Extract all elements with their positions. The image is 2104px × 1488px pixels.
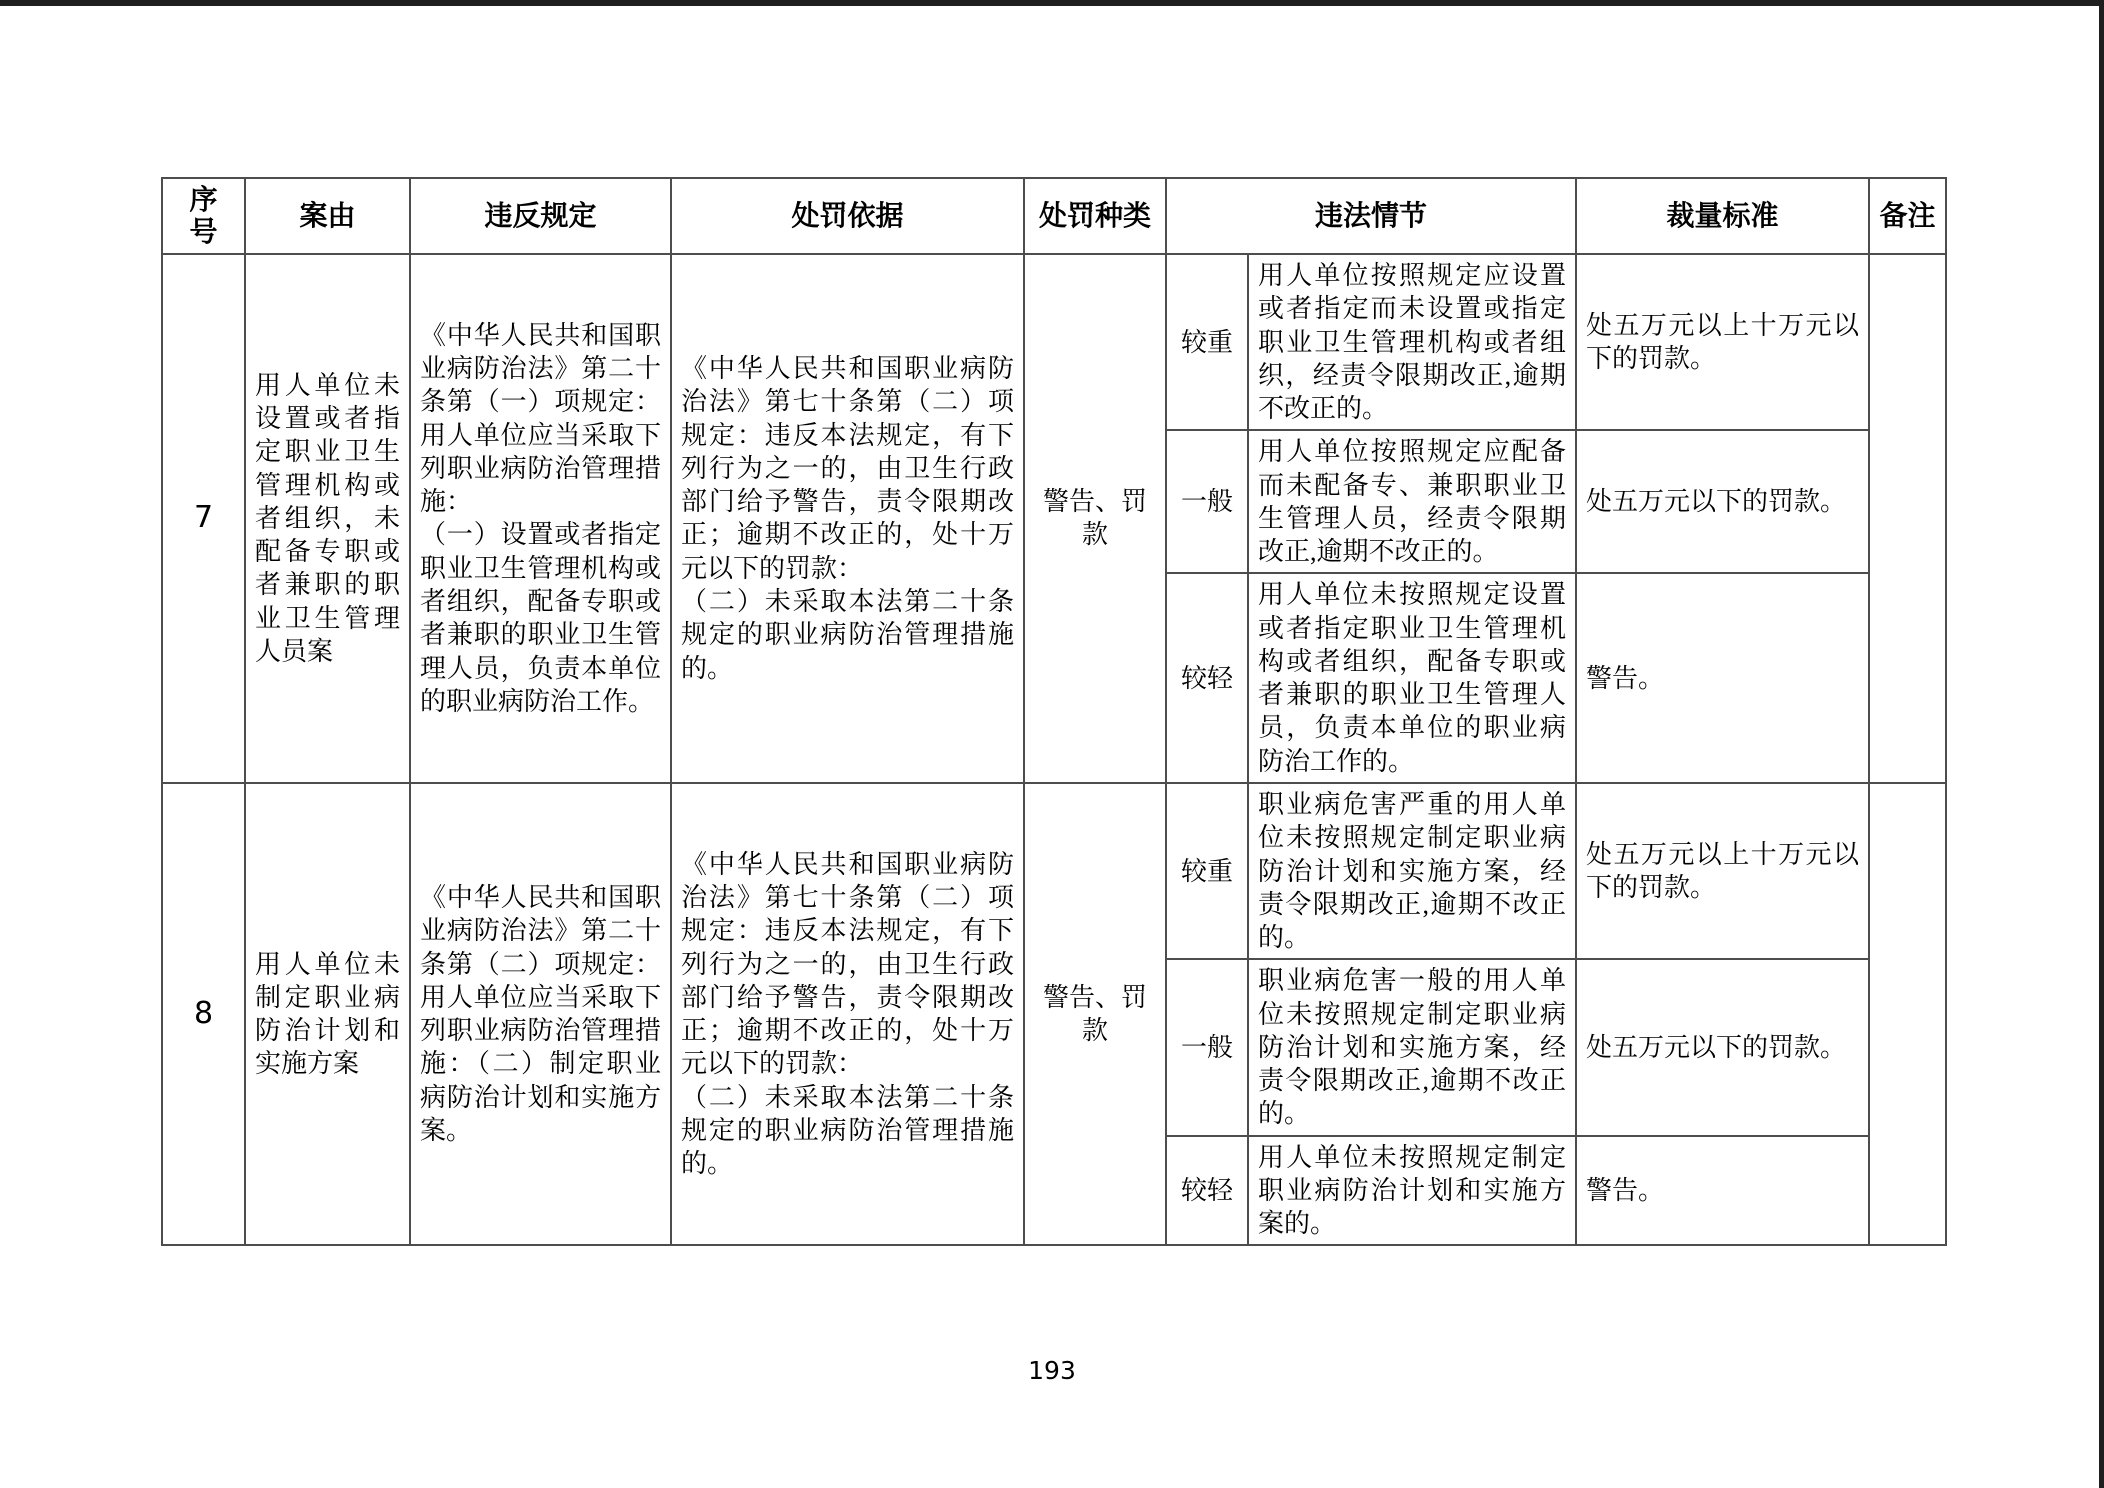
violation-circumstance: 用人单位未按照规定制定职业病防治计划和实施方案的。 — [1248, 1136, 1576, 1246]
penalty-type: 警告、罚款 — [1024, 783, 1166, 1245]
remarks-cell — [1869, 783, 1946, 1245]
discretion-standard: 处五万元以下的罚款。 — [1576, 430, 1869, 573]
violated-provision: 《中华人民共和国职业病防治法》第二十条第（一）项规定：用人单位应当采取下列职业病… — [410, 254, 671, 783]
violation-circumstance: 职业病危害严重的用人单位未按照规定制定职业病防治计划和实施方案，经责令限期改正,… — [1248, 783, 1576, 959]
penalty-basis: 《中华人民共和国职业病防治法》第七十条第（二）项规定：违反本法规定，有下列行为之… — [671, 783, 1024, 1245]
discretion-standard: 警告。 — [1576, 1136, 1869, 1246]
table-row: 7 用人单位未设置或者指定职业卫生管理机构或者组织，未配备专职或者兼职的职业卫生… — [162, 254, 1946, 430]
table-header-row: 序号 案由 违反规定 处罚依据 处罚种类 违法情节 裁量标准 备注 — [162, 178, 1946, 254]
col-header-violation-circumstance: 违法情节 — [1166, 178, 1576, 254]
severity-level: 一般 — [1166, 959, 1248, 1135]
discretion-standard: 警告。 — [1576, 573, 1869, 783]
col-header-penalty-basis: 处罚依据 — [671, 178, 1024, 254]
col-header-discretion-standard: 裁量标准 — [1576, 178, 1869, 254]
severity-level: 较轻 — [1166, 1136, 1248, 1246]
violation-circumstance: 用人单位按照规定应设置或者指定而未设置或指定职业卫生管理机构或者组织，经责令限期… — [1248, 254, 1576, 430]
penalty-basis: 《中华人民共和国职业病防治法》第七十条第（二）项规定：违反本法规定，有下列行为之… — [671, 254, 1024, 783]
col-header-serial-number: 序号 — [162, 178, 245, 254]
page-number: 193 — [0, 1356, 2104, 1385]
severity-level: 一般 — [1166, 430, 1248, 573]
case-cause: 用人单位未设置或者指定职业卫生管理机构或者组织，未配备专职或者兼职的职业卫生管理… — [245, 254, 410, 783]
discretion-standard: 处五万元以上十万元以下的罚款。 — [1576, 254, 1869, 430]
violation-circumstance: 用人单位按照规定应配备而未配备专、兼职职业卫生管理人员，经责令限期改正,逾期不改… — [1248, 430, 1576, 573]
case-serial-number: 7 — [162, 254, 245, 783]
scan-edge-top — [0, 0, 2104, 6]
remarks-cell — [1869, 254, 1946, 783]
discretion-standard: 处五万元以下的罚款。 — [1576, 959, 1869, 1135]
col-header-penalty-type: 处罚种类 — [1024, 178, 1166, 254]
col-header-remarks: 备注 — [1869, 178, 1946, 254]
case-cause: 用人单位未制定职业病防治计划和实施方案 — [245, 783, 410, 1245]
col-header-cause: 案由 — [245, 178, 410, 254]
penalty-discretion-table: 序号 案由 违反规定 处罚依据 处罚种类 违法情节 裁量标准 备注 7 用人单位… — [161, 177, 1947, 1246]
severity-level: 较重 — [1166, 254, 1248, 430]
penalty-type: 警告、罚款 — [1024, 254, 1166, 783]
violated-provision: 《中华人民共和国职业病防治法》第二十条第（二）项规定：用人单位应当采取下列职业病… — [410, 783, 671, 1245]
col-header-violated-provision: 违反规定 — [410, 178, 671, 254]
case-serial-number: 8 — [162, 783, 245, 1245]
severity-level: 较重 — [1166, 783, 1248, 959]
scan-edge-right — [2099, 0, 2104, 1488]
discretion-standard: 处五万元以上十万元以下的罚款。 — [1576, 783, 1869, 959]
table-row: 8 用人单位未制定职业病防治计划和实施方案 《中华人民共和国职业病防治法》第二十… — [162, 783, 1946, 959]
violation-circumstance: 职业病危害一般的用人单位未按照规定制定职业病防治计划和实施方案，经责令限期改正,… — [1248, 959, 1576, 1135]
severity-level: 较轻 — [1166, 573, 1248, 783]
violation-circumstance: 用人单位未按照规定设置或者指定职业卫生管理机构或者组织，配备专职或者兼职的职业卫… — [1248, 573, 1576, 783]
